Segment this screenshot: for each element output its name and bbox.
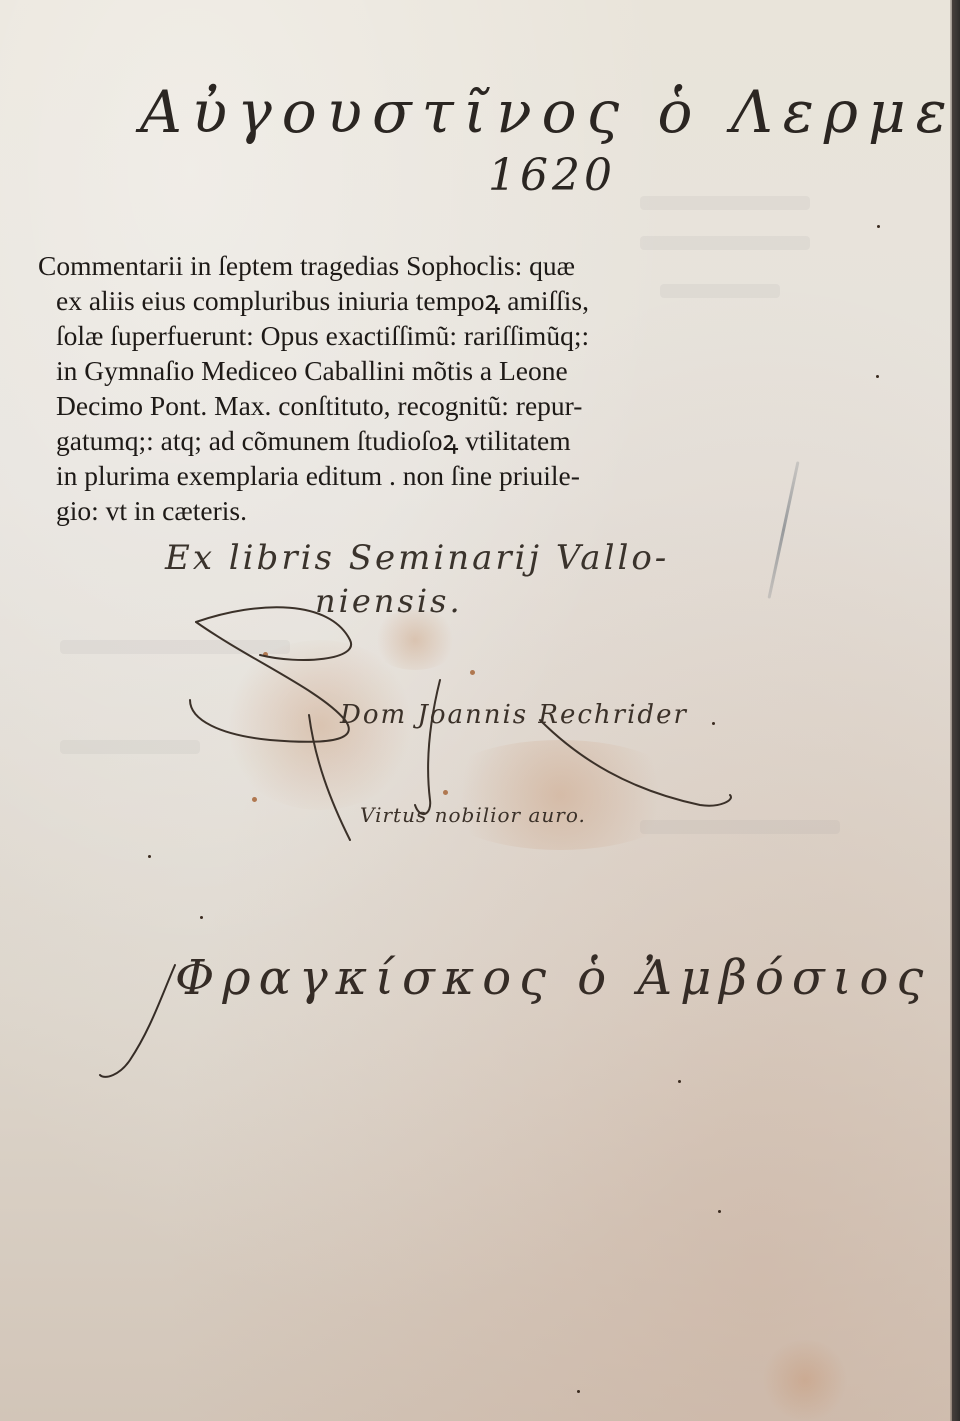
- ink-speck: [718, 1210, 721, 1213]
- ex-libris-inscription: Ex libris Seminarij Vallo-: [165, 538, 669, 578]
- title-line: gatumq;: atq; ad cõmunem ſtudioſoꝝ vtili…: [38, 423, 688, 458]
- foxing-spot: [470, 670, 475, 675]
- owner-inscription-bottom: Φραγκίσκος ὁ Ἀμβόσιος: [175, 950, 931, 1006]
- title-line: Decimo Pont. Max. conſtituto, recognitũ:…: [38, 388, 688, 423]
- ink-speck: [876, 375, 879, 378]
- ink-speck: [200, 916, 203, 919]
- page-edge-shadow: [950, 0, 960, 1421]
- signature-motto: Virtus nobilior auro.: [360, 803, 586, 827]
- ink-speck: [712, 722, 715, 725]
- printed-title-block: Commentarii in ſeptem tragedias Sophocli…: [38, 248, 688, 528]
- foxing-spot: [252, 797, 257, 802]
- title-line: in plurima exemplaria editum . non ſine …: [38, 458, 688, 493]
- ink-speck: [877, 225, 880, 228]
- foxing-spot: [263, 652, 268, 657]
- foxing-spot: [443, 790, 448, 795]
- foxing-stain: [430, 740, 690, 850]
- signature-name: Dom Joannis Rechrider: [340, 700, 688, 730]
- title-line: Commentarii in ſeptem tragedias Sophocli…: [38, 248, 688, 283]
- ex-libris-inscription-continued: niensis.: [315, 582, 463, 620]
- pencil-mark: [767, 461, 799, 599]
- bleed-through-line: [60, 740, 200, 754]
- owner-inscription-top: Αὐγουστῖνος ὁ Λερμεγχιέρ: [140, 78, 960, 146]
- bleed-through-line: [60, 640, 290, 654]
- foxing-stain: [760, 1340, 850, 1420]
- title-line: ſolæ ſuperfuerunt: Opus exactiſſimũ: rar…: [38, 318, 688, 353]
- title-line: in Gymnaſio Mediceo Caballini mõtis a Le…: [38, 353, 688, 388]
- ink-speck: [148, 855, 151, 858]
- ink-speck: [577, 1390, 580, 1393]
- bleed-through-line: [640, 196, 810, 210]
- owner-inscription-year: 1620: [488, 150, 616, 201]
- title-line: ex aliis eius compluribus iniuria tempoꝝ…: [38, 283, 688, 318]
- title-page: Αὐγουστῖνος ὁ Λερμεγχιέρ 1620 Commentari…: [0, 0, 952, 1421]
- ink-speck: [678, 1080, 681, 1083]
- title-line: gio: vt in cæteris.: [38, 493, 688, 528]
